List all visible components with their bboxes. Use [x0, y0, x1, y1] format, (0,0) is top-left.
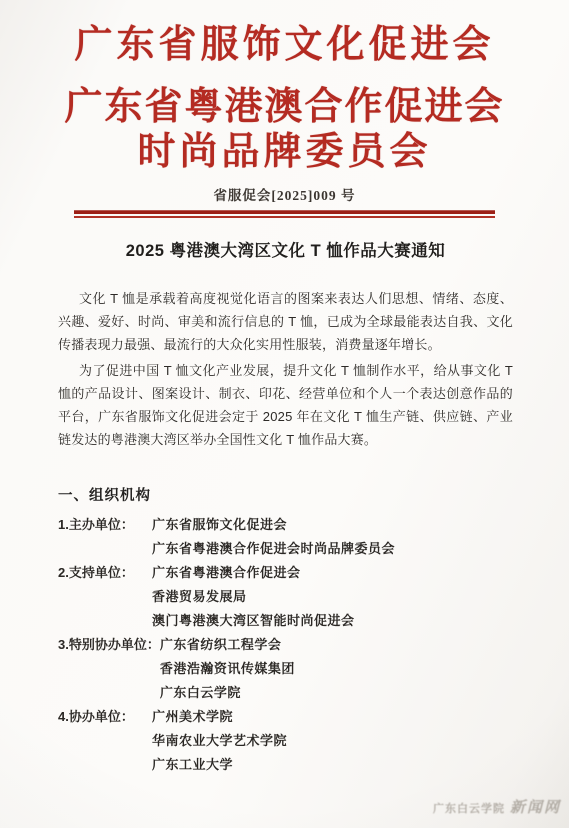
document-body: 2025 粤港澳大湾区文化 T 恤作品大赛通知 文化 T 恤是承载着高度视觉化语…: [0, 242, 569, 777]
org-value: 广东工业大学: [152, 753, 513, 777]
org-value: 广东省纺织工程学会: [160, 633, 513, 657]
red-divider-rule: [74, 210, 495, 218]
watermark-news-logo: 新闻网: [510, 796, 561, 817]
org-row-label: 1.主办单位：: [58, 513, 152, 537]
org-value: 广东白云学院: [160, 681, 513, 705]
notice-title: 2025 粤港澳大湾区文化 T 恤作品大赛通知: [58, 242, 513, 261]
document-number: 省服促会[2025]009 号: [0, 188, 569, 204]
org-row-label: 4.协办单位：: [58, 705, 152, 729]
notice-document-page: 广东省服饰文化促进会 广东省粤港澳合作促进会 时尚品牌委员会 省服促会[2025…: [0, 0, 569, 828]
letterhead: 广东省服饰文化促进会 广东省粤港澳合作促进会 时尚品牌委员会 省服促会[2025…: [0, 0, 569, 218]
org-value: 香港浩瀚资讯传媒集团: [160, 657, 513, 681]
org-value: 广州美术学院: [152, 705, 513, 729]
org-row-label: 3.特别协办单位：: [58, 633, 160, 657]
intro-paragraph: 文化 T 恤是承载着高度视觉化语言的图案来表达人们思想、情绪、态度、兴趣、爱好、…: [58, 287, 513, 356]
letterhead-org-line-3: 时尚品牌委员会: [0, 133, 569, 171]
org-value: 澳门粤港澳大湾区智能时尚促进会: [152, 609, 513, 633]
site-watermark: 广东白云学院 新闻网: [433, 796, 561, 817]
org-row-label: 2.支持单位：: [58, 561, 152, 585]
org-row-support: 2.支持单位： 广东省粤港澳合作促进会 香港贸易发展局 澳门粤港澳大湾区智能时尚…: [58, 561, 513, 633]
watermark-site-name: 广东白云学院: [433, 800, 505, 816]
letterhead-org-line-2: 广东省粤港澳合作促进会: [0, 88, 569, 126]
organization-list: 1.主办单位： 广东省服饰文化促进会 广东省粤港澳合作促进会时尚品牌委员会 2.…: [58, 513, 513, 777]
org-value: 广东省粤港澳合作促进会: [152, 561, 513, 585]
letterhead-org-line-1: 广东省服饰文化促进会: [0, 0, 569, 64]
org-value: 华南农业大学艺术学院: [152, 729, 513, 753]
red-divider-rule-thin-line: [74, 216, 495, 218]
org-value: 广东省服饰文化促进会: [152, 513, 513, 537]
purpose-paragraph: 为了促进中国 T 恤文化产业发展，提升文化 T 恤制作水平，给从事文化 T 恤的…: [58, 359, 513, 451]
org-value: 广东省粤港澳合作促进会时尚品牌委员会: [152, 537, 513, 561]
org-row-host: 1.主办单位： 广东省服饰文化促进会 广东省粤港澳合作促进会时尚品牌委员会: [58, 513, 513, 561]
org-row-special-coorganizer: 3.特别协办单位： 广东省纺织工程学会 香港浩瀚资讯传媒集团 广东白云学院: [58, 633, 513, 705]
org-row-coorganizer: 4.协办单位： 广州美术学院 华南农业大学艺术学院 广东工业大学: [58, 705, 513, 777]
org-value: 香港贸易发展局: [152, 585, 513, 609]
section-heading-organization: 一、组织机构: [58, 487, 513, 505]
